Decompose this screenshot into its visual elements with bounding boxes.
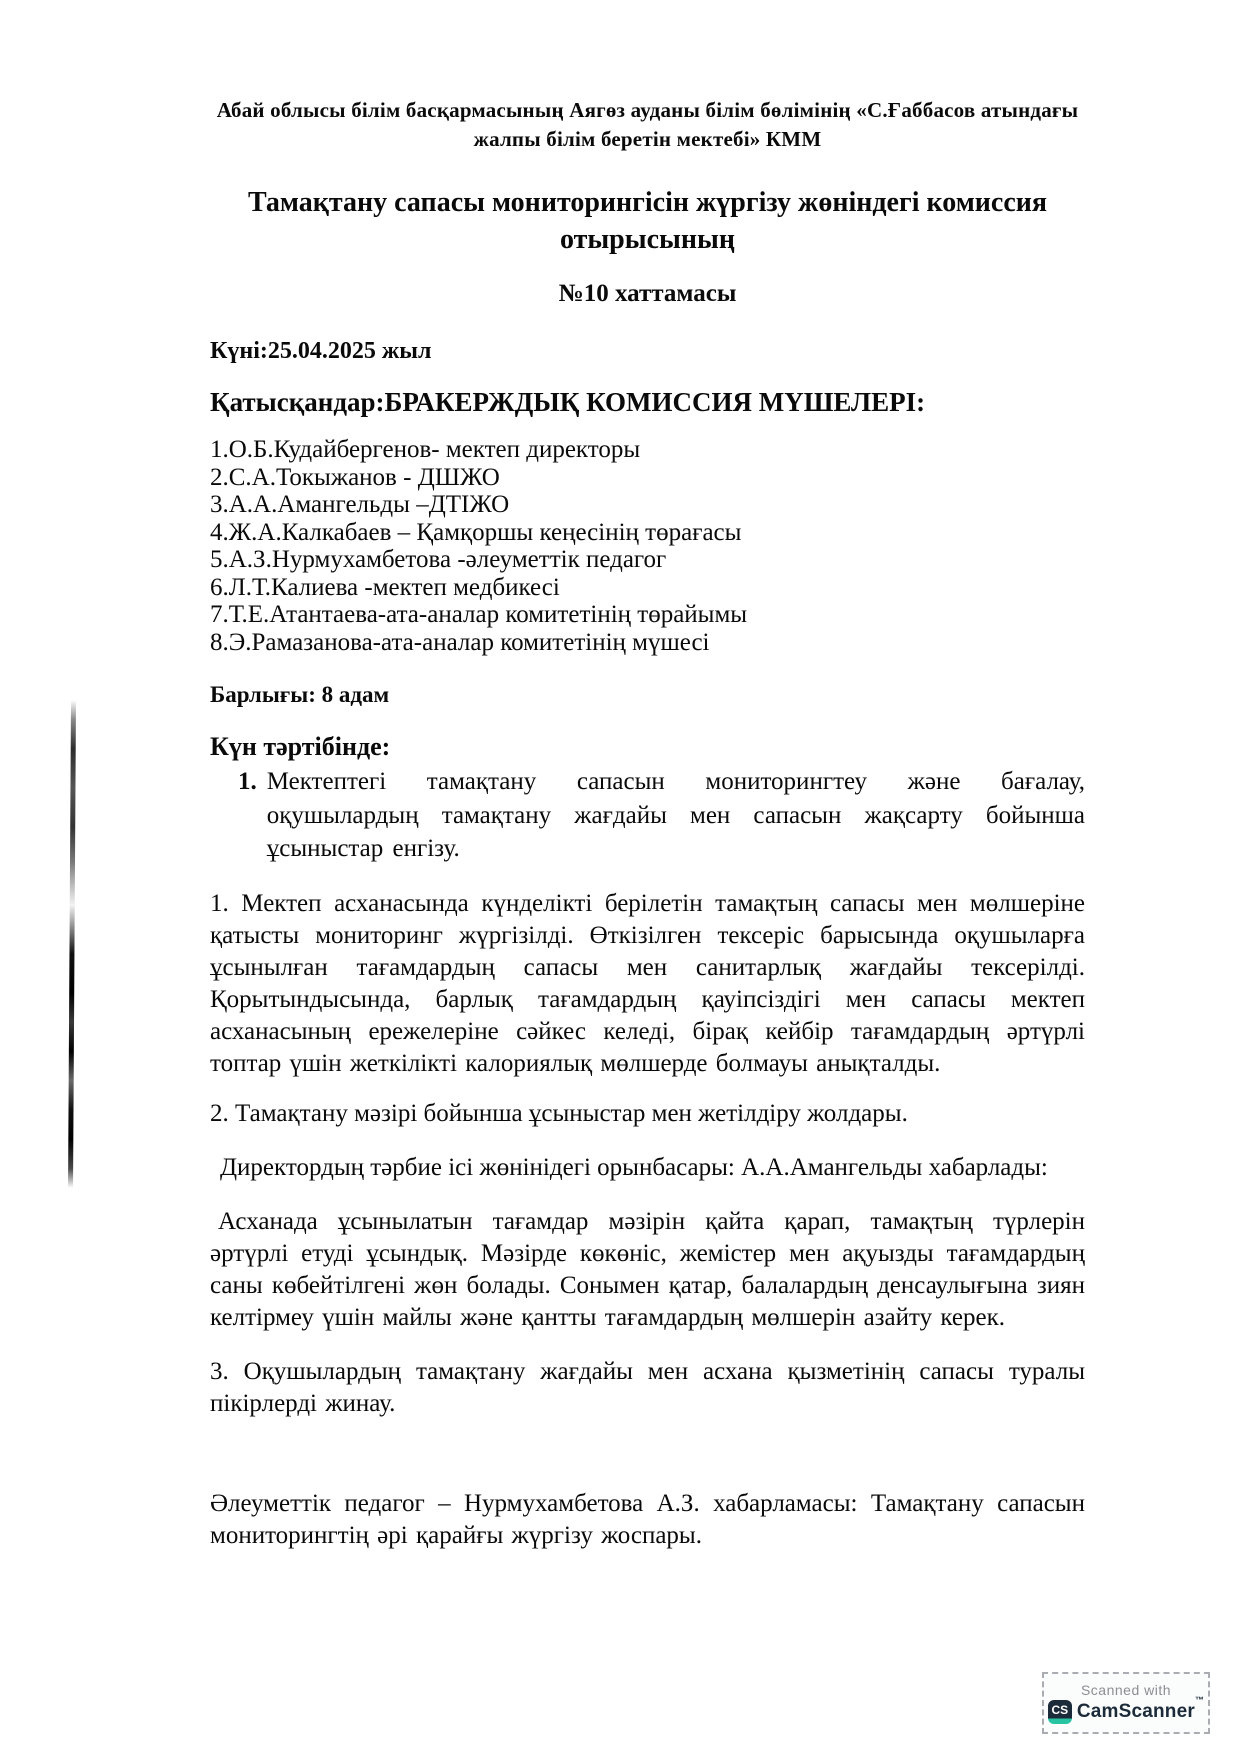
members-list: 1.О.Б.Кудайбергенов- мектеп директоры 2.… xyxy=(210,436,1085,656)
total-participants-line: Барлығы: 8 адам xyxy=(210,682,1085,708)
section-3-heading: 3. Оқушылардың тамақтану жағдайы мен асх… xyxy=(210,1356,1085,1420)
member-item: 7.Т.Е.Атантаева-ата-аналар комитетінің т… xyxy=(210,601,1085,629)
agenda-item-text: Мектептегі тамақтану сапасын мониторингт… xyxy=(267,765,1085,866)
protocol-number: №10 хаттамасы xyxy=(210,280,1085,308)
camscanner-icon: CS xyxy=(1048,1700,1072,1724)
speaker-2-line: Әлеуметтік педагог – Нурмухамбетова А.З.… xyxy=(210,1488,1085,1552)
meeting-title: Тамақтану сапасы мониторингісін жүргізу … xyxy=(210,184,1085,258)
agenda-heading: Күн тәртібінде: xyxy=(210,732,1085,762)
speaker-1-line: Директордың тәрбие ісі жөнінідегі орынба… xyxy=(210,1152,1085,1184)
member-item: 5.А.З.Нурмухамбетова -әлеуметтік педагог xyxy=(210,546,1085,574)
agenda-item-1: 1. Мектептегі тамақтану сапасын монитори… xyxy=(210,765,1085,866)
camscanner-name: CamScanner xyxy=(1077,1701,1195,1722)
organization-header: Абай облысы білім басқармасының Аягөз ау… xyxy=(210,96,1085,154)
member-item: 1.О.Б.Кудайбергенов- мектеп директоры xyxy=(210,436,1085,464)
agenda-item-number: 1. xyxy=(238,765,257,866)
member-item: 2.С.А.Токыжанов - ДШЖО xyxy=(210,464,1085,492)
section-2-heading: 2. Тамақтану мәзірі бойынша ұсыныстар ме… xyxy=(210,1098,1085,1130)
scanned-document-page: Абай облысы білім басқармасының Аягөз ау… xyxy=(0,0,1240,1755)
document-content: Абай облысы білім басқармасының Аягөз ау… xyxy=(210,96,1085,1552)
date-line: Күні:25.04.2025 жыл xyxy=(210,338,1085,365)
scanned-with-label: Scanned with xyxy=(1081,1682,1171,1698)
member-item: 8.Э.Рамазанова-ата-аналар комитетінің мү… xyxy=(210,629,1085,657)
scan-artifact-streak xyxy=(68,700,76,1188)
participants-heading: Қатысқандар:БРАКЕРЖДЫҚ КОМИССИЯ МҮШЕЛЕРІ… xyxy=(210,387,1085,418)
trademark-symbol: ™ xyxy=(1195,1695,1204,1705)
member-item: 3.А.А.Амангельды –ДТІЖО xyxy=(210,491,1085,519)
body-paragraph-2: Асханада ұсынылатын тағамдар мәзірін қай… xyxy=(210,1206,1085,1334)
body-paragraph-1: 1. Мектеп асханасында күнделікті берілет… xyxy=(210,888,1085,1080)
camscanner-watermark-badge: Scanned with CS CamScanner™ xyxy=(1042,1672,1210,1734)
member-item: 6.Л.Т.Калиева -мектеп медбикесі xyxy=(210,574,1085,602)
camscanner-wordmark: CamScanner™ xyxy=(1077,1701,1204,1723)
member-item: 4.Ж.А.Калкабаев – Қамқоршы кеңесінің төр… xyxy=(210,519,1085,547)
camscanner-row: CS CamScanner™ xyxy=(1048,1700,1204,1724)
